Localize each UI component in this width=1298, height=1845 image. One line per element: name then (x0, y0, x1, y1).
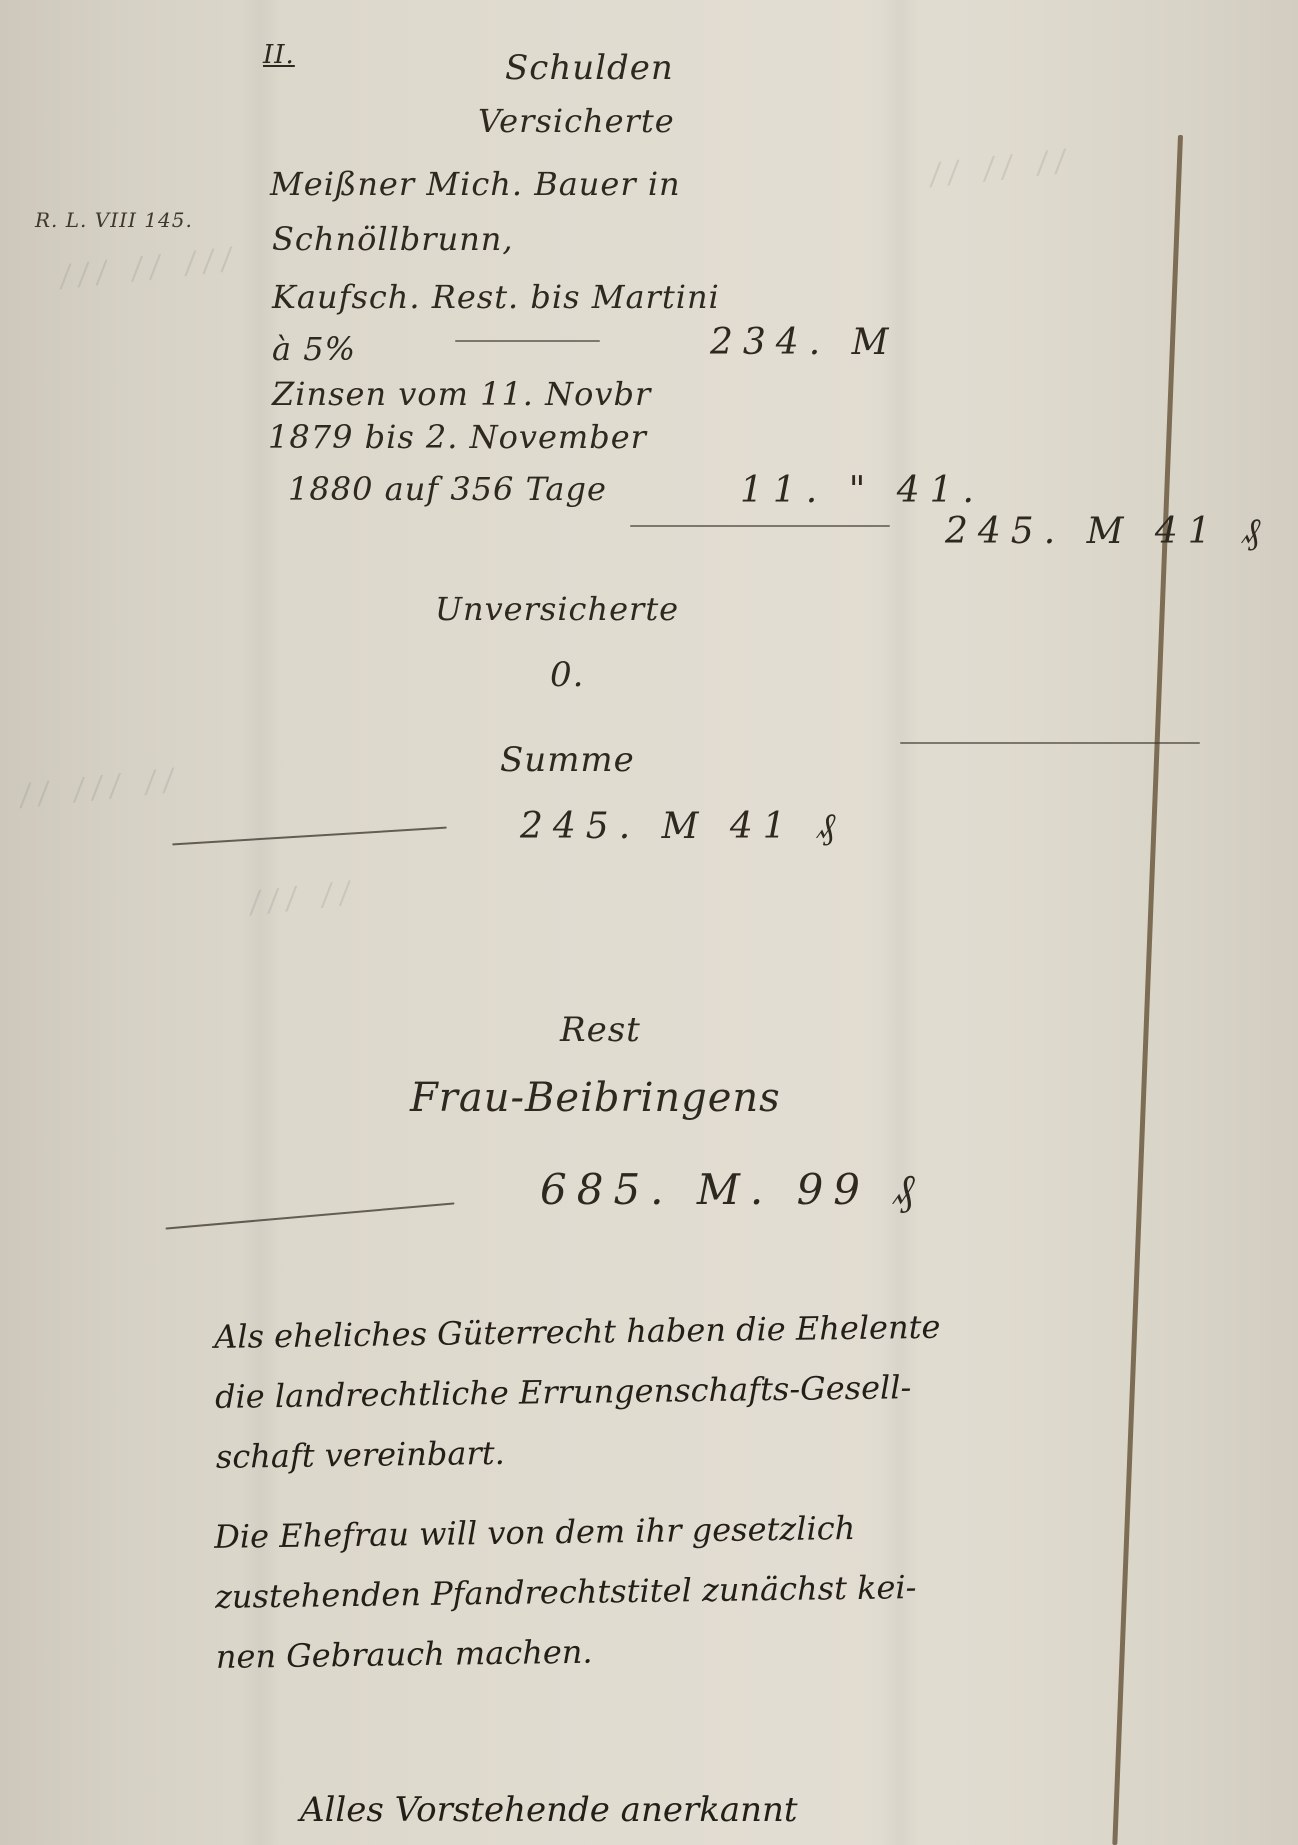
bleed-through-text: // /// // (19, 762, 184, 814)
bleed-through-text: /// // /// (59, 241, 242, 295)
paragraph-line: schaft vereinbart. (215, 1413, 1206, 1487)
paper-page: /// // /// // /// // /// // // // // II.… (0, 0, 1298, 1845)
lien-paragraph: Die Ehefrau will von dem ihr gesetzlich … (214, 1493, 1206, 1687)
paragraph-line: nen Gebrauch machen. (215, 1613, 1206, 1687)
subtotal-rule (630, 525, 890, 527)
interest-line-2: 1879 bis 2. November (268, 418, 647, 456)
sum-value: 245. M 41 ₰ (520, 805, 845, 847)
interest-line-3: 1880 auf 356 Tage (288, 470, 607, 508)
interest-line-1: Zinsen vom 11. Novbr (272, 375, 651, 413)
section-number: II. (263, 40, 295, 70)
unsecured-value: 0. (550, 655, 584, 695)
creditor-line-1: Meißner Mich. Bauer in (270, 165, 681, 203)
leader-line (455, 340, 600, 342)
margin-reference: R. L. VIII 145. (35, 208, 193, 232)
item-line: Kaufsch. Rest. bis Martini (272, 278, 720, 316)
sum-leader-line (172, 827, 447, 846)
sum-label: Summe (500, 740, 635, 780)
unsecured-title: Unversicherte (435, 590, 679, 628)
property-regime-paragraph: Als eheliches Güterrecht haben die Ehele… (214, 1293, 1206, 1487)
interest-amount: 11. " 41. (740, 470, 984, 511)
remainder-leader-line (165, 1202, 454, 1229)
remainder-label-2: Frau-Beibringens (410, 1075, 781, 1121)
interest-rate: à 5% (272, 330, 356, 368)
principal-amount: 234. M (710, 322, 898, 363)
secured-subtotal: 245. M 41 ₰ (945, 510, 1270, 552)
section-heading: Schulden (505, 48, 674, 88)
bleed-through-text: // // // (929, 143, 1076, 193)
remainder-value: 685. M. 99 ₰ (540, 1165, 924, 1215)
secured-title: Versicherte (478, 102, 675, 140)
closing-acknowledgement: Alles Vorstehende anerkannt (300, 1790, 798, 1830)
creditor-line-2: Schnöllbrunn, (272, 220, 514, 258)
remainder-label-1: Rest (560, 1010, 641, 1050)
column-rule (900, 742, 1200, 744)
